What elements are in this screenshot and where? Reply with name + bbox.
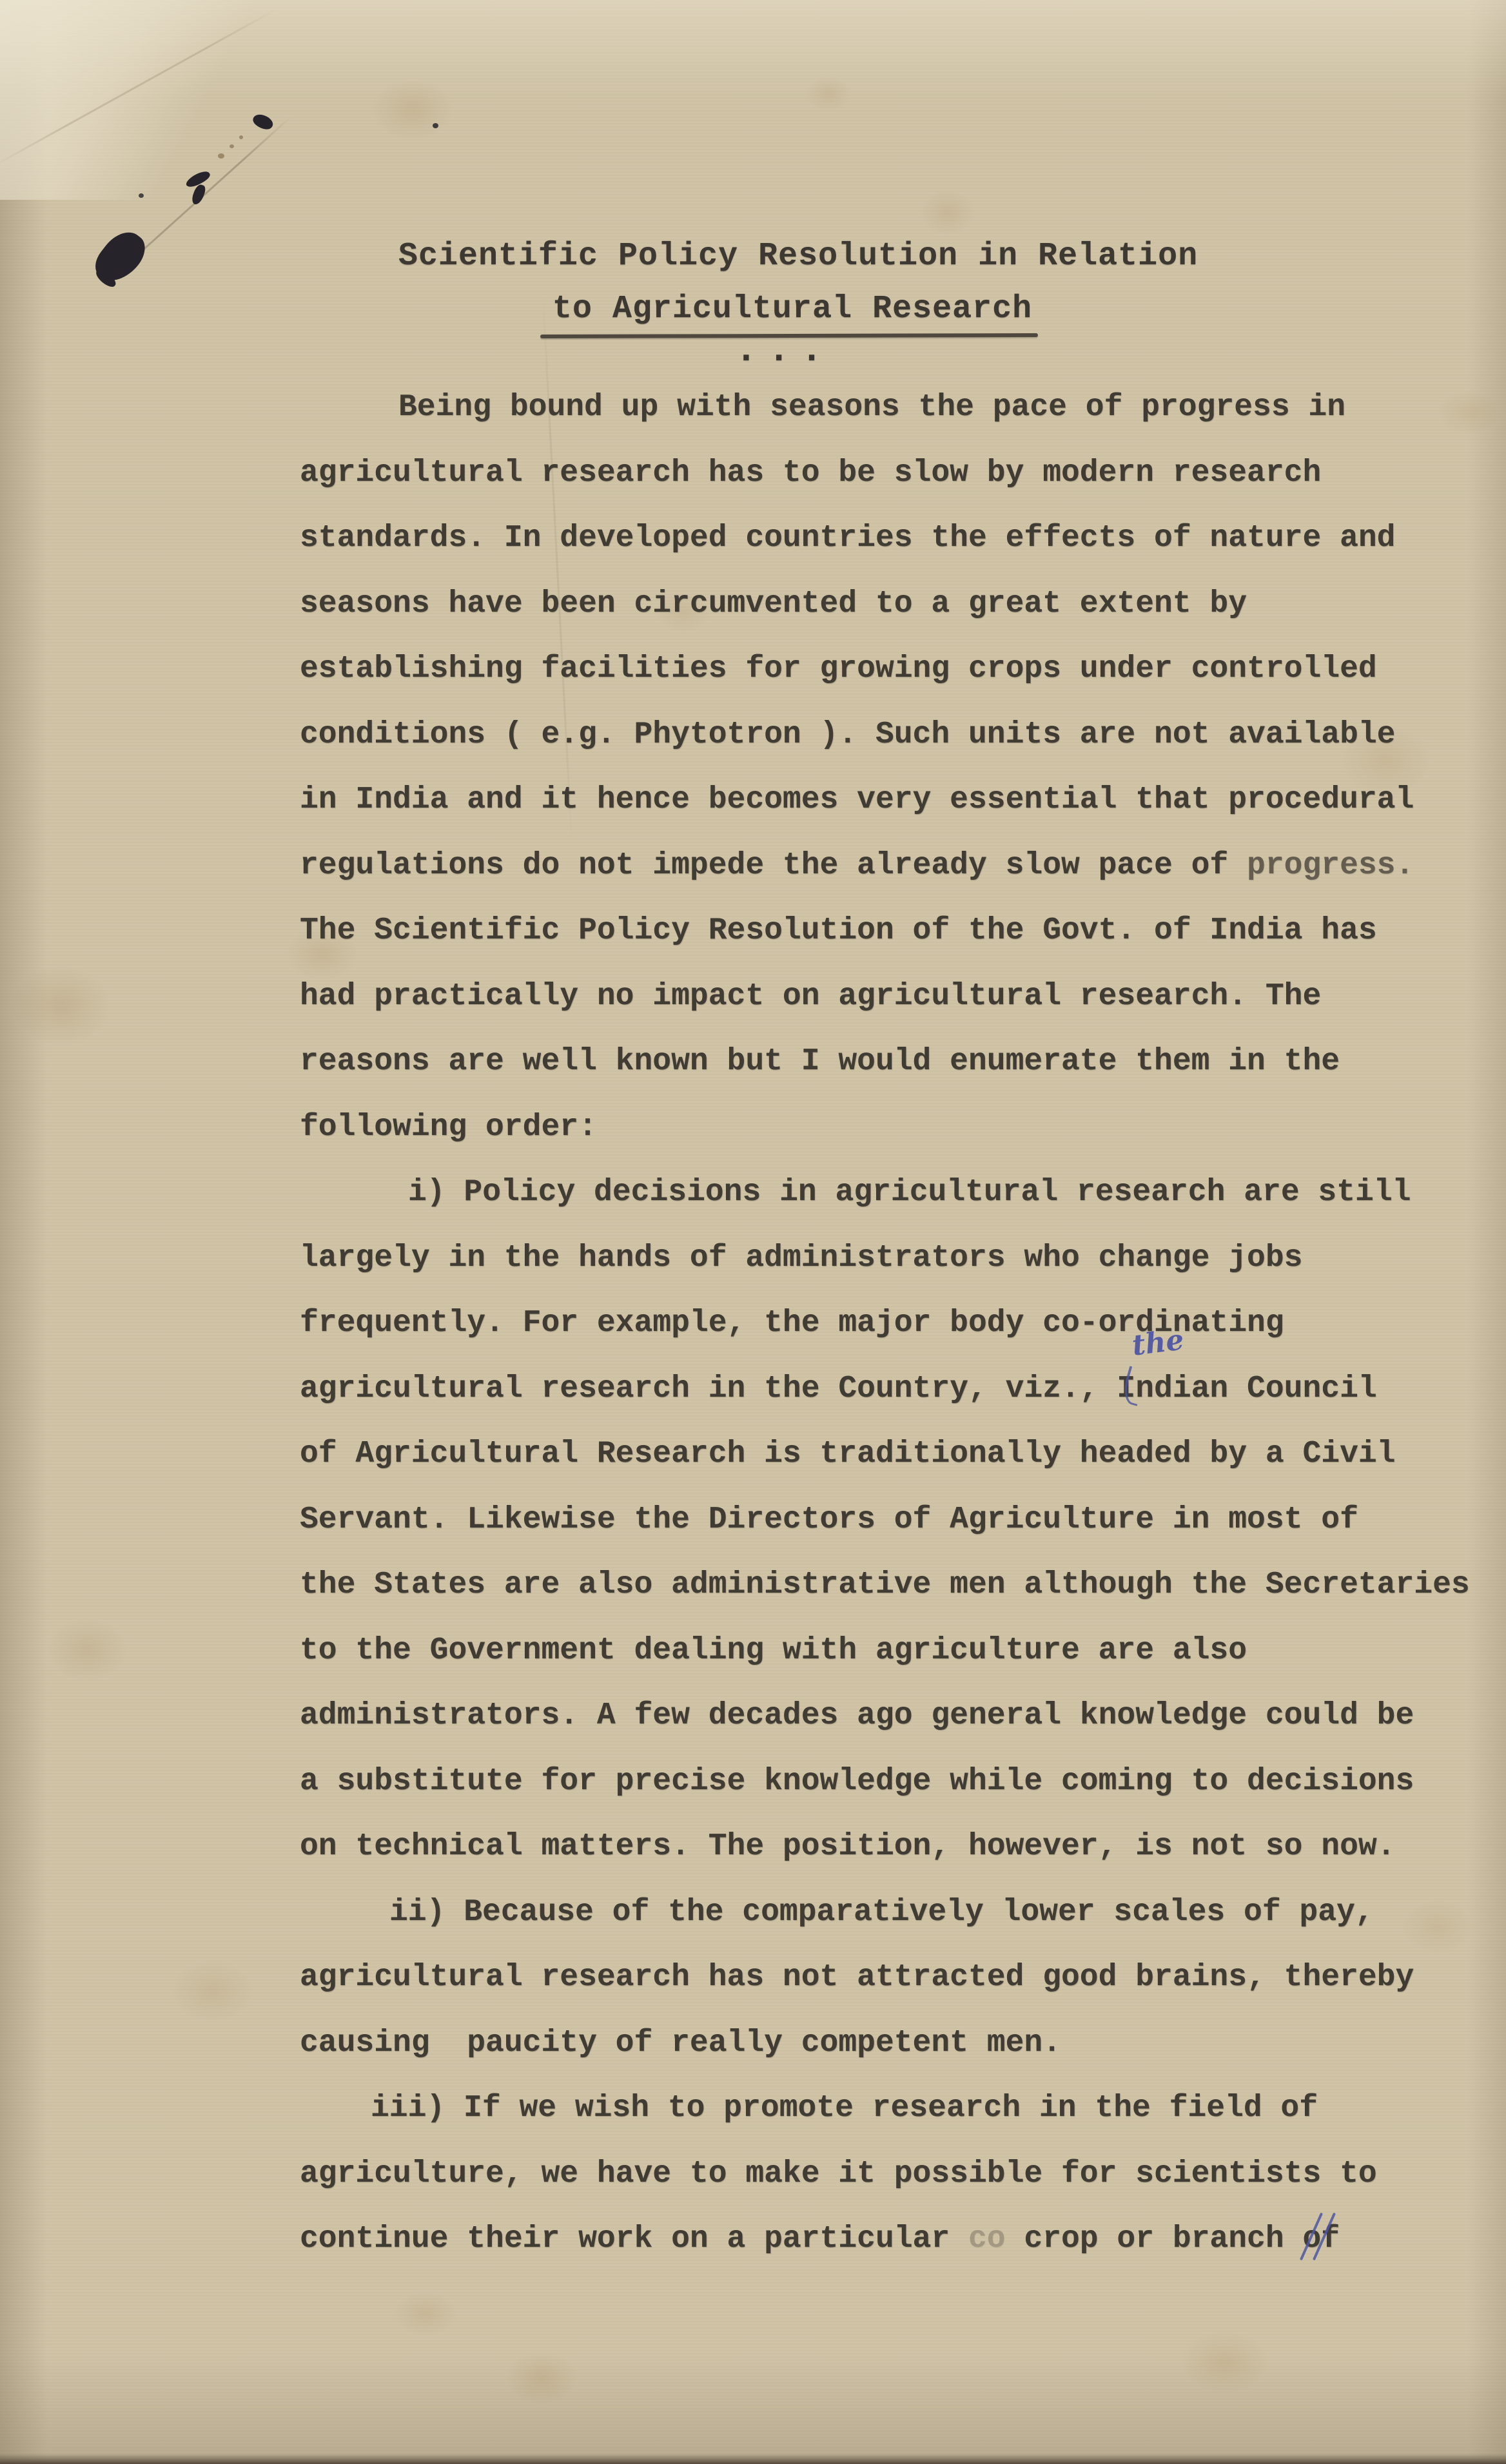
typed-text: of Agricultural Research is traditionall… — [300, 1437, 1395, 1471]
typed-line-24: ii) Because of the comparatively lower s… — [389, 1897, 1374, 1928]
ink-blot — [433, 123, 438, 128]
typed-text: causing paucity of really competent men. — [300, 2026, 1061, 2061]
typed-line-1: Being bound up with seasons the pace of … — [398, 392, 1345, 423]
typed-line-22: a substitute for precise knowledge while… — [300, 1766, 1414, 1797]
typed-line-16: agricultural research in the Country, vi… — [300, 1373, 1377, 1404]
typed-line-14: largely in the hands of administrators w… — [300, 1243, 1302, 1274]
typed-text: had practically no impact on agricultura… — [300, 979, 1321, 1014]
typed-text: i) Policy decisions in agricultural rese… — [408, 1175, 1411, 1210]
typed-line-13: i) Policy decisions in agricultural rese… — [408, 1177, 1411, 1208]
document-page: Scientific Policy Resolution in Relation… — [0, 0, 1506, 2464]
typed-text: to the Government dealing with agricultu… — [300, 1633, 1247, 1668]
typed-text: Being bound up with seasons the pace of … — [398, 390, 1345, 425]
typed-line-5: establishing facilities for growing crop… — [300, 654, 1377, 684]
separator-dots: ... — [735, 330, 833, 372]
typed-line-26: causing paucity of really competent men. — [300, 2028, 1061, 2059]
typed-text: crop or branch — [1006, 2222, 1303, 2256]
ink-blot — [89, 224, 153, 290]
page-corner-fold — [0, 0, 309, 200]
typed-line-11: reasons are well known but I would enume… — [300, 1046, 1340, 1077]
typed-text: administrators. A few decades ago genera… — [300, 1698, 1414, 1733]
typed-line-7: in India and it hence becomes very essen… — [300, 784, 1414, 815]
typed-text: in India and it hence becomes very essen… — [300, 782, 1414, 817]
typed-line-17: of Agricultural Research is traditionall… — [300, 1439, 1395, 1470]
typed-line-27: iii) If we wish to promote research in t… — [371, 2093, 1318, 2124]
typed-text: reasons are well known but I would enume… — [300, 1044, 1340, 1079]
ink-blot — [139, 193, 144, 198]
typed-text: Servant. Likewise the Directors of Agric… — [300, 1502, 1358, 1537]
stain-speck — [239, 135, 243, 139]
typed-line-25: agricultural research has not attracted … — [300, 1962, 1414, 1993]
typed-text: regulations do not impede the already sl… — [300, 848, 1247, 883]
document-title-line1: Scientific Policy Resolution in Relation — [398, 238, 1198, 274]
typed-text: agricultural research has to be slow by … — [300, 456, 1321, 490]
typed-line-18: Servant. Likewise the Directors of Agric… — [300, 1504, 1358, 1535]
stain-speck — [230, 144, 234, 148]
typed-text: The Scientific Policy Resolution of the … — [300, 913, 1377, 948]
typed-text: establishing facilities for growing crop… — [300, 652, 1377, 686]
typed-line-23: on technical matters. The position, howe… — [300, 1831, 1395, 1862]
typed-text: the States are also administrative men a… — [300, 1567, 1470, 1602]
typed-text: on technical matters. The position, howe… — [300, 1829, 1395, 1864]
typed-text: agriculture, we have to make it possible… — [300, 2157, 1377, 2191]
typed-text: conditions ( e.g. Phytotron ). Such unit… — [300, 717, 1395, 752]
document-title-line2: to Agricultural Research — [553, 291, 1032, 327]
typed-text: following order: — [300, 1110, 597, 1145]
typed-text: standards. In developed countries the ef… — [300, 521, 1395, 556]
typed-line-10: had practically no impact on agricultura… — [300, 981, 1321, 1012]
typed-text: seasons have been circumvented to a grea… — [300, 587, 1247, 621]
typed-line-28: agriculture, we have to make it possible… — [300, 2158, 1377, 2189]
page-bottom-edge — [0, 2454, 1506, 2464]
typed-line-21: administrators. A few decades ago genera… — [300, 1700, 1414, 1731]
typed-text: agricultural research has not attracted … — [300, 1960, 1414, 1995]
faded-text: progress. — [1247, 848, 1414, 883]
struck-word: of — [1302, 2224, 1340, 2255]
stain-speck — [218, 153, 224, 159]
typed-text: ii) Because of the comparatively lower s… — [389, 1895, 1374, 1930]
typed-text: agricultural research in the Country, vi… — [300, 1372, 1377, 1406]
handwritten-insertion: the — [1130, 1323, 1186, 1362]
typed-line-3: standards. In developed countries the ef… — [300, 523, 1395, 554]
typed-line-6: conditions ( e.g. Phytotron ). Such unit… — [300, 719, 1395, 750]
paper-crease — [542, 292, 573, 846]
typed-text: largely in the hands of administrators w… — [300, 1241, 1302, 1276]
typed-text: iii) If we wish to promote research in t… — [371, 2091, 1318, 2126]
typed-line-29: continue their work on a particular co c… — [300, 2224, 1340, 2255]
typed-line-2: agricultural research has to be slow by … — [300, 458, 1321, 489]
typed-line-12: following order: — [300, 1112, 597, 1143]
typed-text: continue their work on a particular — [300, 2222, 968, 2256]
typed-text: a substitute for precise knowledge while… — [300, 1764, 1414, 1799]
typed-line-4: seasons have been circumvented to a grea… — [300, 588, 1247, 619]
typed-line-9: The Scientific Policy Resolution of the … — [300, 915, 1377, 946]
typed-line-8: regulations do not impede the already sl… — [300, 850, 1414, 881]
typed-line-20: to the Government dealing with agricultu… — [300, 1635, 1247, 1666]
typed-line-19: the States are also administrative men a… — [300, 1569, 1470, 1600]
erased-text: co — [968, 2222, 1006, 2256]
